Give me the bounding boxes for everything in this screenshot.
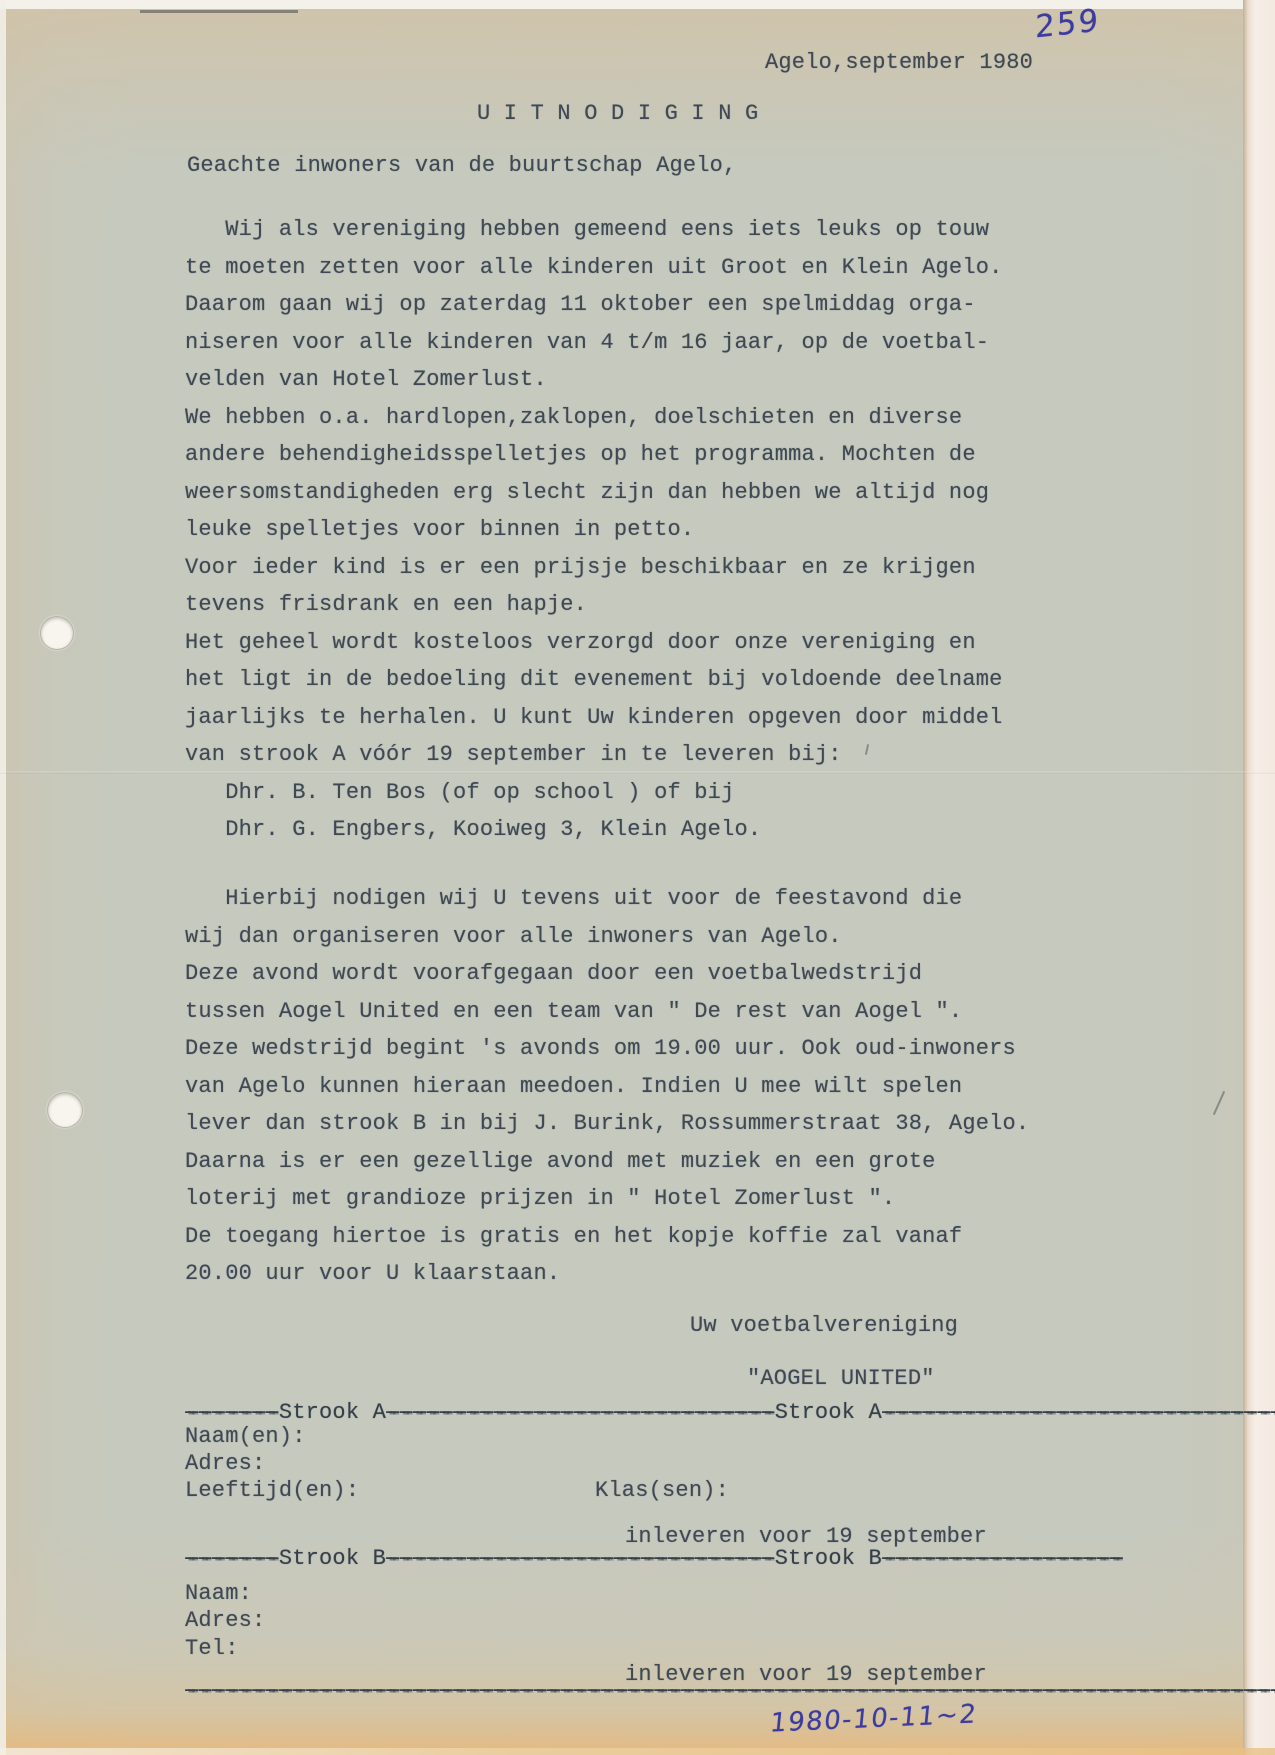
strook-b-label: Strook B bbox=[775, 1546, 882, 1571]
text-line: Dhr. G. Engbers, Kooiweg 3, Klein Agelo. bbox=[185, 811, 1003, 849]
text-line: weersomstandigheden erg slecht zijn dan … bbox=[185, 474, 1003, 512]
text-line: te moeten zetten voor alle kinderen uit … bbox=[185, 249, 1003, 287]
punch-hole-top bbox=[40, 616, 74, 650]
date-line: Agelo,september 1980 bbox=[765, 50, 1033, 75]
text-line: het ligt in de bedoeling dit evenement b… bbox=[185, 661, 1003, 699]
strook-b-field-adres: Adres: bbox=[185, 1608, 265, 1633]
scan-edge-bottom bbox=[0, 1748, 1275, 1755]
text-line: jaarlijks te herhalen. U kunt Uw kindere… bbox=[185, 699, 1003, 737]
strook-a-field-adres: Adres: bbox=[185, 1451, 265, 1476]
text-line: Voor ieder kind is er een prijsje beschi… bbox=[185, 549, 1003, 587]
text-line: tussen Aogel United en een team van " De… bbox=[185, 993, 1029, 1031]
strook-b-field-naam: Naam: bbox=[185, 1581, 252, 1606]
strook-b-label: Strook B bbox=[279, 1546, 386, 1571]
dash-run: ------------------ bbox=[882, 1546, 1123, 1571]
text-line: niseren voor alle kinderen van 4 t/m 16 … bbox=[185, 324, 1003, 362]
text-line: Deze avond wordt voorafgegaan door een v… bbox=[185, 955, 1029, 993]
signoff-line: Uw voetbalvereniging bbox=[690, 1313, 958, 1338]
scan-edge-left bbox=[0, 0, 6, 1755]
salutation: Geachte inwoners van de buurtschap Agelo… bbox=[187, 153, 737, 178]
text-line: van Agelo kunnen hieraan meedoen. Indien… bbox=[185, 1068, 1029, 1106]
text-line: Het geheel wordt kosteloos verzorgd door… bbox=[185, 624, 1003, 662]
strook-a-field-leeftijd: Leeftijd(en): bbox=[185, 1478, 359, 1503]
text-line: wij dan organiseren voor alle inwoners v… bbox=[185, 918, 1029, 956]
strook-a-label: Strook A bbox=[775, 1400, 882, 1425]
dash-run: ------------------------------ bbox=[882, 1400, 1275, 1425]
text-line: leuke spelletjes voor binnen in petto. bbox=[185, 511, 1003, 549]
text-line: van strook A vóór 19 september in te lev… bbox=[185, 736, 1003, 774]
text-line: Wij als vereniging hebben gemeend eens i… bbox=[185, 211, 1003, 249]
letter-paragraph-playafternoon: Wij als vereniging hebben gemeend eens i… bbox=[185, 211, 1003, 849]
text-line: Daarom gaan wij op zaterdag 11 oktober e… bbox=[185, 286, 1003, 324]
bottom-divider: ----------------------------------------… bbox=[185, 1676, 1275, 1706]
text-line: 20.00 uur voor U klaarstaan. bbox=[185, 1255, 1029, 1293]
strook-a-field-naam: Naam(en): bbox=[185, 1424, 306, 1449]
strook-a-label: Strook A bbox=[279, 1400, 386, 1425]
dash-run: ----------------------------------------… bbox=[185, 1678, 1275, 1703]
text-line: loterij met grandioze prijzen in " Hotel… bbox=[185, 1180, 1029, 1218]
text-line: De toegang hiertoe is gratis en het kopj… bbox=[185, 1218, 1029, 1256]
dash-run: ----------------------------- bbox=[386, 1546, 775, 1571]
scan-edge-right bbox=[1243, 0, 1275, 1755]
strook-b-field-tel: Tel: bbox=[185, 1636, 239, 1661]
strook-b-divider: -------Strook B-------------------------… bbox=[185, 1544, 1123, 1574]
dash-run: ------- bbox=[185, 1546, 279, 1571]
dash-run: ------- bbox=[185, 1400, 279, 1425]
text-line: Daarna is er een gezellige avond met muz… bbox=[185, 1143, 1029, 1181]
text-line: Dhr. B. Ten Bos (of op school ) of bij bbox=[185, 774, 1003, 812]
text-line: velden van Hotel Zomerlust. bbox=[185, 361, 1003, 399]
letter-paragraph-evening: Hierbij nodigen wij U tevens uit voor de… bbox=[185, 880, 1029, 1293]
club-name: "AOGEL UNITED" bbox=[747, 1366, 935, 1391]
scan-artifact-topline bbox=[140, 10, 298, 13]
dash-run: ----------------------------- bbox=[386, 1400, 775, 1425]
letter-title: U I T N O D I G I N G bbox=[477, 101, 758, 126]
text-line: tevens frisdrank en een hapje. bbox=[185, 586, 1003, 624]
text-line: andere behendigheidsspelletjes op het pr… bbox=[185, 436, 1003, 474]
scan-artifact-mark bbox=[1213, 1091, 1225, 1116]
text-line: lever dan strook B in bij J. Burink, Ros… bbox=[185, 1105, 1029, 1143]
handwritten-page-number: 259 bbox=[1035, 2, 1100, 45]
strook-a-field-klas: Klas(sen): bbox=[595, 1478, 729, 1503]
scanned-letter-page: 259 Agelo,september 1980 U I T N O D I G… bbox=[0, 0, 1275, 1755]
text-line: Deze wedstrijd begint 's avonds om 19.00… bbox=[185, 1030, 1029, 1068]
strook-a-divider: -------Strook A-------------------------… bbox=[185, 1398, 1275, 1428]
text-line: We hebben o.a. hardlopen,zaklopen, doels… bbox=[185, 399, 1003, 437]
punch-hole-bottom bbox=[47, 1092, 83, 1128]
text-line: Hierbij nodigen wij U tevens uit voor de… bbox=[185, 880, 1029, 918]
